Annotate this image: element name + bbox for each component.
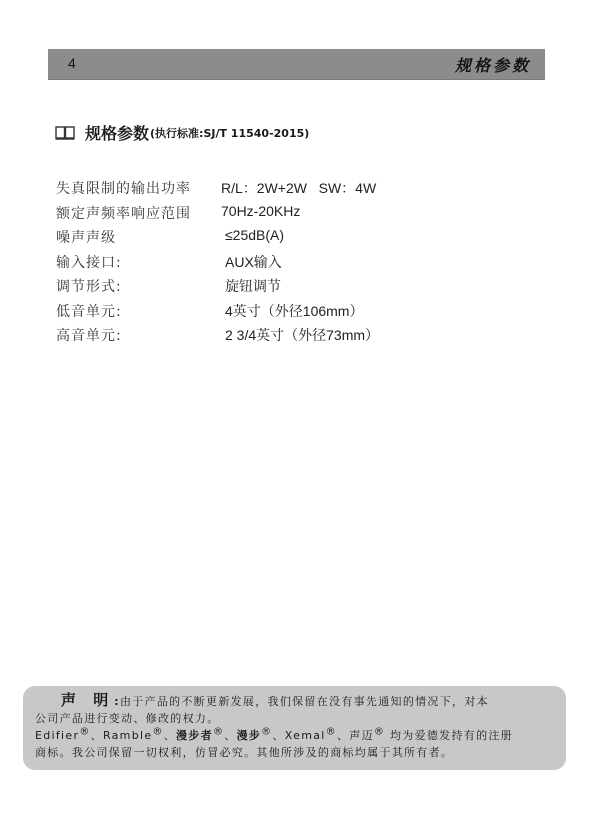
trademark-manbu: 漫步 — [237, 729, 262, 742]
spec-value: ≤25dB(A) — [225, 227, 284, 243]
notice-line-2: 公司产品进行变动、修改的权力。 — [35, 710, 556, 727]
trademark-ramble: Ramble — [103, 729, 152, 742]
trademark-edifier: Edifier — [35, 729, 79, 742]
spec-value: 2 3/4英寸（外径73mm） — [225, 325, 379, 345]
registered-mark: ® — [374, 726, 385, 737]
book-icon — [55, 126, 75, 140]
spec-value: 4英寸（外径106mm） — [225, 301, 363, 321]
spec-value: 旋钮调节 — [225, 276, 281, 296]
notice-line-3: Edifier®、Ramble®、漫步者®、漫步®、Xemal®、声迈® 均为爱… — [35, 727, 556, 744]
spec-value: R/L：2W+2W SW：4W — [221, 178, 376, 198]
section-standard: (执行标准:SJ/T 11540-2015) — [150, 125, 309, 141]
separator: 、 — [224, 729, 236, 742]
disclaimer-notice: 声 明:由于产品的不断更新发展，我们保留在没有事先通知的情况下，对本 公司产品进… — [23, 686, 566, 770]
registered-mark: ® — [261, 726, 272, 737]
separator: 、 — [91, 729, 103, 742]
registered-mark: ® — [213, 726, 224, 737]
spec-label: 失真限制的输出功率 — [56, 178, 191, 198]
spec-value: AUX输入 — [225, 252, 282, 272]
trademark-xemal: Xemal — [285, 729, 326, 742]
notice-line-4: 商标。我公司保留一切权利，仿冒必究。其他所涉及的商标均属于其所有者。 — [35, 744, 556, 761]
registered-mark: ® — [79, 726, 90, 737]
trademark-shengmai: 声迈 — [349, 729, 374, 742]
spec-label: 低音单元: — [56, 301, 122, 321]
registered-mark: ® — [152, 726, 163, 737]
spec-label: 额定声频率响应范围 — [56, 203, 191, 223]
spec-label: 噪声声级 — [56, 227, 116, 247]
trademark-manbuzhe: 漫步者 — [176, 729, 213, 742]
notice-title: 声 明 — [61, 691, 114, 709]
spec-label: 输入接口: — [56, 252, 122, 272]
notice-line-1: 声 明:由于产品的不断更新发展，我们保留在没有事先通知的情况下，对本 — [35, 692, 556, 710]
separator: 、 — [337, 729, 349, 742]
header-title: 规格参数 — [455, 53, 531, 76]
notice-text-1: 由于产品的不断更新发展，我们保留在没有事先通知的情况下，对本 — [120, 695, 489, 708]
spec-value: 70Hz-20KHz — [221, 203, 300, 219]
page-number: 4 — [68, 55, 76, 71]
section-heading: 规格参数 (执行标准:SJ/T 11540-2015) — [55, 121, 309, 144]
section-title: 规格参数 — [85, 121, 149, 144]
page-header-bar: 4 规格参数 — [48, 49, 545, 80]
registered-mark: ® — [326, 726, 337, 737]
separator: 、 — [272, 729, 284, 742]
notice-text-3: 均为爱德发持有的注册 — [385, 729, 513, 742]
spec-label: 调节形式: — [56, 276, 122, 296]
separator: 、 — [164, 729, 176, 742]
spec-label: 高音单元: — [56, 325, 122, 345]
